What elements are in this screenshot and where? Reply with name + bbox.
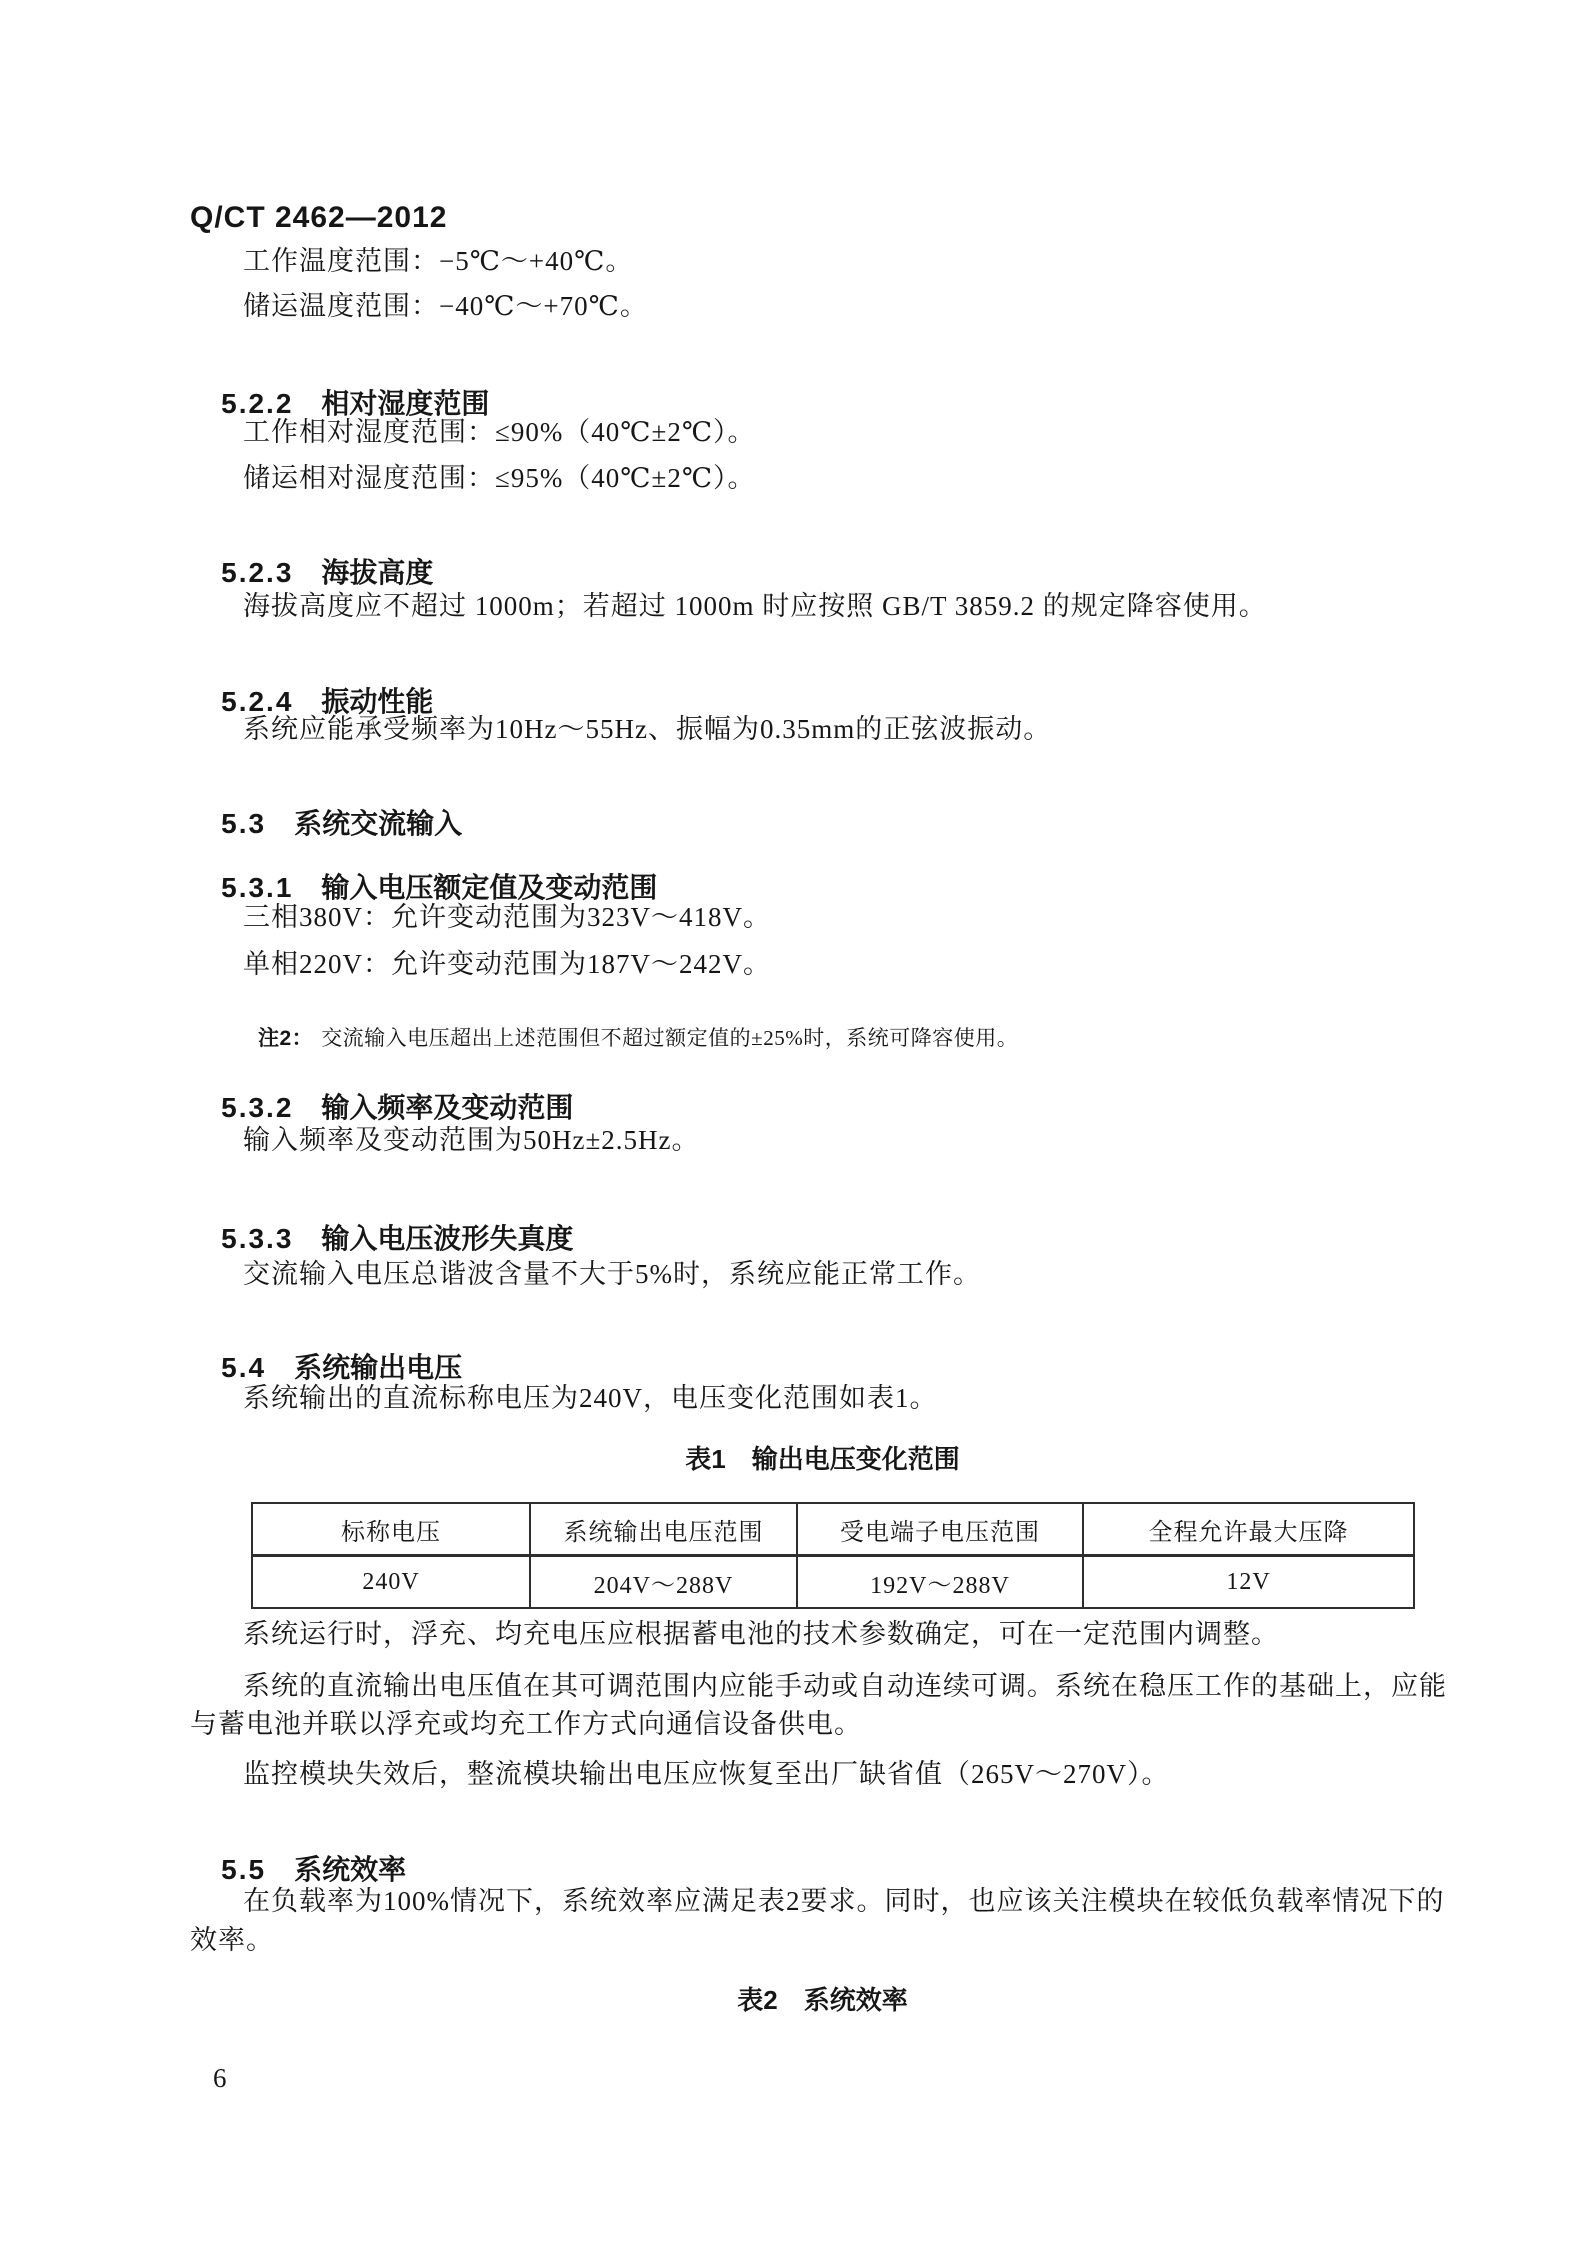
note-text: 交流输入电压超出上述范围但不超过额定值的±25%时，系统可降容使用。 bbox=[321, 1026, 1018, 1050]
section-title: 输入电压额定值及变动范围 bbox=[321, 872, 657, 903]
paragraph-storage-humidity: 储运相对湿度范围：≤95%（40℃±2℃）。 bbox=[243, 461, 756, 495]
table1-header-max-drop: 全程允许最大压降 bbox=[1083, 1503, 1414, 1556]
table1-header-system-output-range: 系统输出电压范围 bbox=[530, 1503, 797, 1556]
section-title: 海拔高度 bbox=[321, 557, 433, 588]
table1-header-nominal-voltage: 标称电压 bbox=[252, 1503, 530, 1556]
table1-data-row: 240V 204V～288V 192V～288V 12V bbox=[252, 1556, 1414, 1609]
paragraph-work-humidity: 工作相对湿度范围：≤90%（40℃±2℃）。 bbox=[243, 415, 756, 449]
table1-header-terminal-range: 受电端子电压范围 bbox=[797, 1503, 1083, 1556]
section-title: 系统效率 bbox=[294, 1854, 406, 1885]
section-number: 5.3.2 bbox=[221, 1092, 293, 1123]
section-number: 5.5 bbox=[221, 1854, 266, 1885]
paragraph-distortion: 交流输入电压总谐波含量不大于5%时，系统应能正常工作。 bbox=[243, 1257, 981, 1291]
paragraph-efficiency-line2: 效率。 bbox=[190, 1923, 274, 1957]
section-number: 5.4 bbox=[221, 1352, 266, 1383]
paragraph-dc-output-adjust-line2: 与蓄电池并联以浮充或均充工作方式向通信设备供电。 bbox=[190, 1707, 862, 1741]
section-title: 输入频率及变动范围 bbox=[321, 1092, 573, 1123]
paragraph-storage-temp-range: 储运温度范围：−40℃～+70℃。 bbox=[243, 289, 648, 323]
document-page: Q/CT 2462—2012 工作温度范围：−5℃～+40℃。 储运温度范围：−… bbox=[0, 0, 1585, 2244]
paragraph-frequency: 输入频率及变动范围为50Hz±2.5Hz。 bbox=[243, 1123, 700, 1157]
paragraph-float-charge: 系统运行时，浮充、均充电压应根据蓄电池的技术参数确定，可在一定范围内调整。 bbox=[243, 1617, 1279, 1651]
table1-cell-max-drop: 12V bbox=[1083, 1556, 1414, 1609]
table1-cell-terminal-range: 192V～288V bbox=[797, 1556, 1083, 1609]
paragraph-altitude: 海拔高度应不超过 1000m；若超过 1000m 时应按照 GB/T 3859.… bbox=[243, 589, 1267, 623]
paragraph-three-phase-voltage: 三相380V：允许变动范围为323V～418V。 bbox=[243, 900, 771, 934]
paragraph-efficiency-line1: 在负载率为100%情况下，系统效率应满足表2要求。同时，也应该关注模块在较低负载… bbox=[243, 1884, 1445, 1918]
paragraph-single-phase-voltage: 单相220V：允许变动范围为187V～242V。 bbox=[243, 947, 771, 981]
doc-number-header: Q/CT 2462—2012 bbox=[190, 201, 447, 235]
table1-cell-system-output-range: 204V～288V bbox=[530, 1556, 797, 1609]
paragraph-output-voltage-intro: 系统输出的直流标称电压为240V，电压变化范围如表1。 bbox=[243, 1381, 938, 1415]
section-title: 系统输出电压 bbox=[294, 1352, 462, 1383]
section-number: 5.3.1 bbox=[221, 872, 293, 903]
table1-cell-nominal-voltage: 240V bbox=[252, 1556, 530, 1609]
paragraph-monitor-module-failure: 监控模块失效后，整流模块输出电压应恢复至出厂缺省值（265V～270V）。 bbox=[243, 1757, 1170, 1791]
table1-header-row: 标称电压 系统输出电压范围 受电端子电压范围 全程允许最大压降 bbox=[252, 1503, 1414, 1556]
section-number: 5.3.3 bbox=[221, 1223, 293, 1254]
paragraph-dc-output-adjust-line1: 系统的直流输出电压值在其可调范围内应能手动或自动连续可调。系统在稳压工作的基础上… bbox=[243, 1669, 1447, 1703]
paragraph-work-temp-range: 工作温度范围：−5℃～+40℃。 bbox=[243, 244, 633, 278]
table2-caption: 表2 系统效率 bbox=[190, 1983, 1455, 2017]
table1-caption: 表1 输出电压变化范围 bbox=[190, 1442, 1455, 1476]
paragraph-vibration: 系统应能承受频率为10Hz～55Hz、振幅为0.35mm的正弦波振动。 bbox=[243, 712, 1051, 746]
note-label: 注2： bbox=[258, 1027, 313, 1050]
section-number: 5.2.3 bbox=[221, 557, 293, 588]
page-number: 6 bbox=[213, 2061, 227, 2095]
table1-output-voltage-range: 标称电压 系统输出电压范围 受电端子电压范围 全程允许最大压降 240V 204… bbox=[251, 1502, 1415, 1609]
section-title: 输入电压波形失真度 bbox=[321, 1223, 573, 1254]
